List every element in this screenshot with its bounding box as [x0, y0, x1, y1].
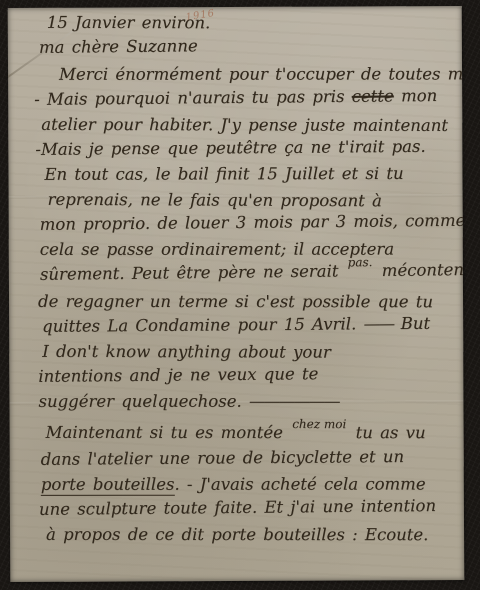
letter-text-segment: sûrement. Peut être père ne serait — [40, 261, 346, 283]
letter-line: - Mais pourquoi n'aurais tu pas pris cet… — [34, 83, 456, 112]
letter-text-segment: ma chère Suzanne — [39, 36, 198, 57]
letter-text-segment: mon — [394, 86, 438, 105]
photo-frame: 1916 15 Janvier environ.ma chère Suzanne… — [0, 0, 480, 590]
letter-line: intentions and je ne veux que te — [38, 360, 457, 389]
letter-text-segment: 15 Janvier environ. — [47, 13, 211, 32]
letter-line: dans l'atelier une roue de bicyclette et… — [41, 444, 458, 472]
letter-paper: 1916 15 Janvier environ.ma chère Suzanne… — [8, 6, 465, 582]
letter-text-segment: mon proprio. de louer 3 mois par 3 mois,… — [40, 211, 465, 234]
letter-line: suggérer quelquechose. —————— — [38, 388, 457, 413]
letter-text-segment: chez moi — [292, 412, 346, 437]
letter-text-segment: atelier pour habiter. J'y pense juste ma… — [41, 115, 448, 135]
letter-line: En tout cas, le bail finit 15 Juillet et… — [44, 161, 456, 187]
letter-line: une sculpture toute faite. Et j'ai une i… — [39, 493, 458, 522]
letter-text-segment: But — [393, 314, 430, 333]
letter-text-segment: I don't know anything about your — [42, 342, 331, 362]
letter-text-segment: Maintenant si tu es montée — [46, 423, 291, 442]
letter-text-segment: reprenais, ne le fais qu'en proposant à — [48, 190, 382, 210]
letter-text-segment: - Mais pourquoi n'aurais tu pas pris — [34, 87, 352, 109]
letter-text-segment: porte bouteilles — [41, 475, 175, 496]
letter-text-segment: intentions and je ne veux que te — [38, 364, 318, 386]
letter-text-segment: mécontent — [374, 260, 464, 280]
letter-line: quittes La Condamine pour 15 Avril. —— B… — [42, 311, 457, 339]
letter-line: mon proprio. de louer 3 mois par 3 mois,… — [40, 208, 457, 237]
letter-text-segment: dans l'atelier une roue de bicyclette et… — [41, 447, 405, 469]
letter-line: ma chère Suzanne — [39, 31, 456, 60]
letter-text-segment: une sculpture toute faite. Et j'ai une i… — [39, 496, 436, 519]
letter-text-segment: pas. — [347, 250, 372, 275]
letter-line: sûrement. Peut être père ne serait pas. … — [40, 257, 457, 289]
letter-text-segment: à propos de ce dit porte bouteilles : Ec… — [46, 525, 428, 544]
letter-text-segment: tu as vu — [348, 423, 425, 442]
letter-text-segment: En tout cas, le bail finit 15 Juillet et… — [44, 164, 403, 184]
letter-lines: 15 Janvier environ.ma chère SuzanneMerci… — [34, 8, 458, 547]
letter-text-segment: suggérer quelquechose. — [38, 392, 249, 411]
letter-line: -Mais je pense que peutêtre ça ne t'irai… — [35, 134, 456, 162]
letter-line: à propos de ce dit porte bouteilles : Ec… — [46, 522, 458, 547]
letter-text-segment: . - J'avais acheté cela comme — [174, 475, 425, 494]
letter-text-segment: Merci énormément pour t'occuper de toute… — [59, 64, 464, 83]
letter-text-segment: —— — [363, 314, 393, 333]
letter-text-segment: de regagner un terme si c'est possible q… — [38, 292, 433, 311]
letter-text-segment: -Mais je pense que peutêtre ça ne t'irai… — [35, 137, 425, 159]
letter-text-segment: cette — [352, 86, 394, 105]
letter-text-segment: cela se passe ordinairement; il accepter… — [40, 240, 394, 259]
letter-text-segment: quittes La Condamine pour 15 Avril. — [42, 314, 364, 336]
letter-text-segment: —————— — [249, 392, 339, 411]
